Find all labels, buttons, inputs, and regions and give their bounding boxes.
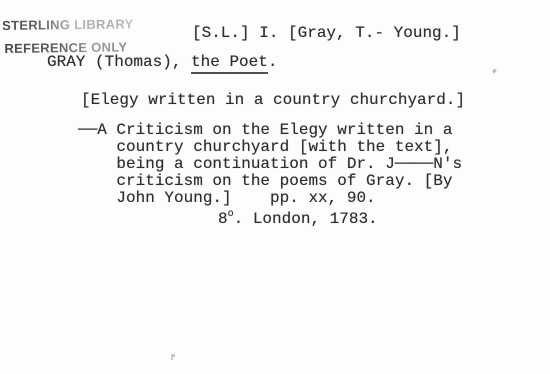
author-heading: GRAY (Thomas), the Poet. — [47, 54, 277, 71]
format-superscript: o — [228, 209, 234, 220]
imprint-line: 8o. London, 1783. — [218, 211, 378, 228]
scan-speck — [171, 354, 175, 357]
shelfmark-line: [S.L.] I. [Gray, T.- Young.] — [192, 25, 461, 42]
uniform-title: [Elegy written in a country churchyard.] — [81, 92, 465, 109]
catalog-card: STERLING LIBRARY REFERENCE ONLY [S.L.] I… — [0, 0, 550, 374]
format-number: 8 — [218, 210, 228, 228]
entry-paragraph: ──A Criticism on the Elegy written in a … — [78, 122, 462, 207]
publication-statement: . London, 1783. — [234, 210, 378, 228]
author-name: GRAY (Thomas), — [47, 53, 191, 71]
author-epithet-underlined: the Poet — [191, 53, 268, 74]
stamp-line-sterling-library: STERLING LIBRARY — [2, 17, 134, 32]
author-heading-period: . — [268, 53, 278, 71]
scan-speck — [492, 69, 497, 74]
